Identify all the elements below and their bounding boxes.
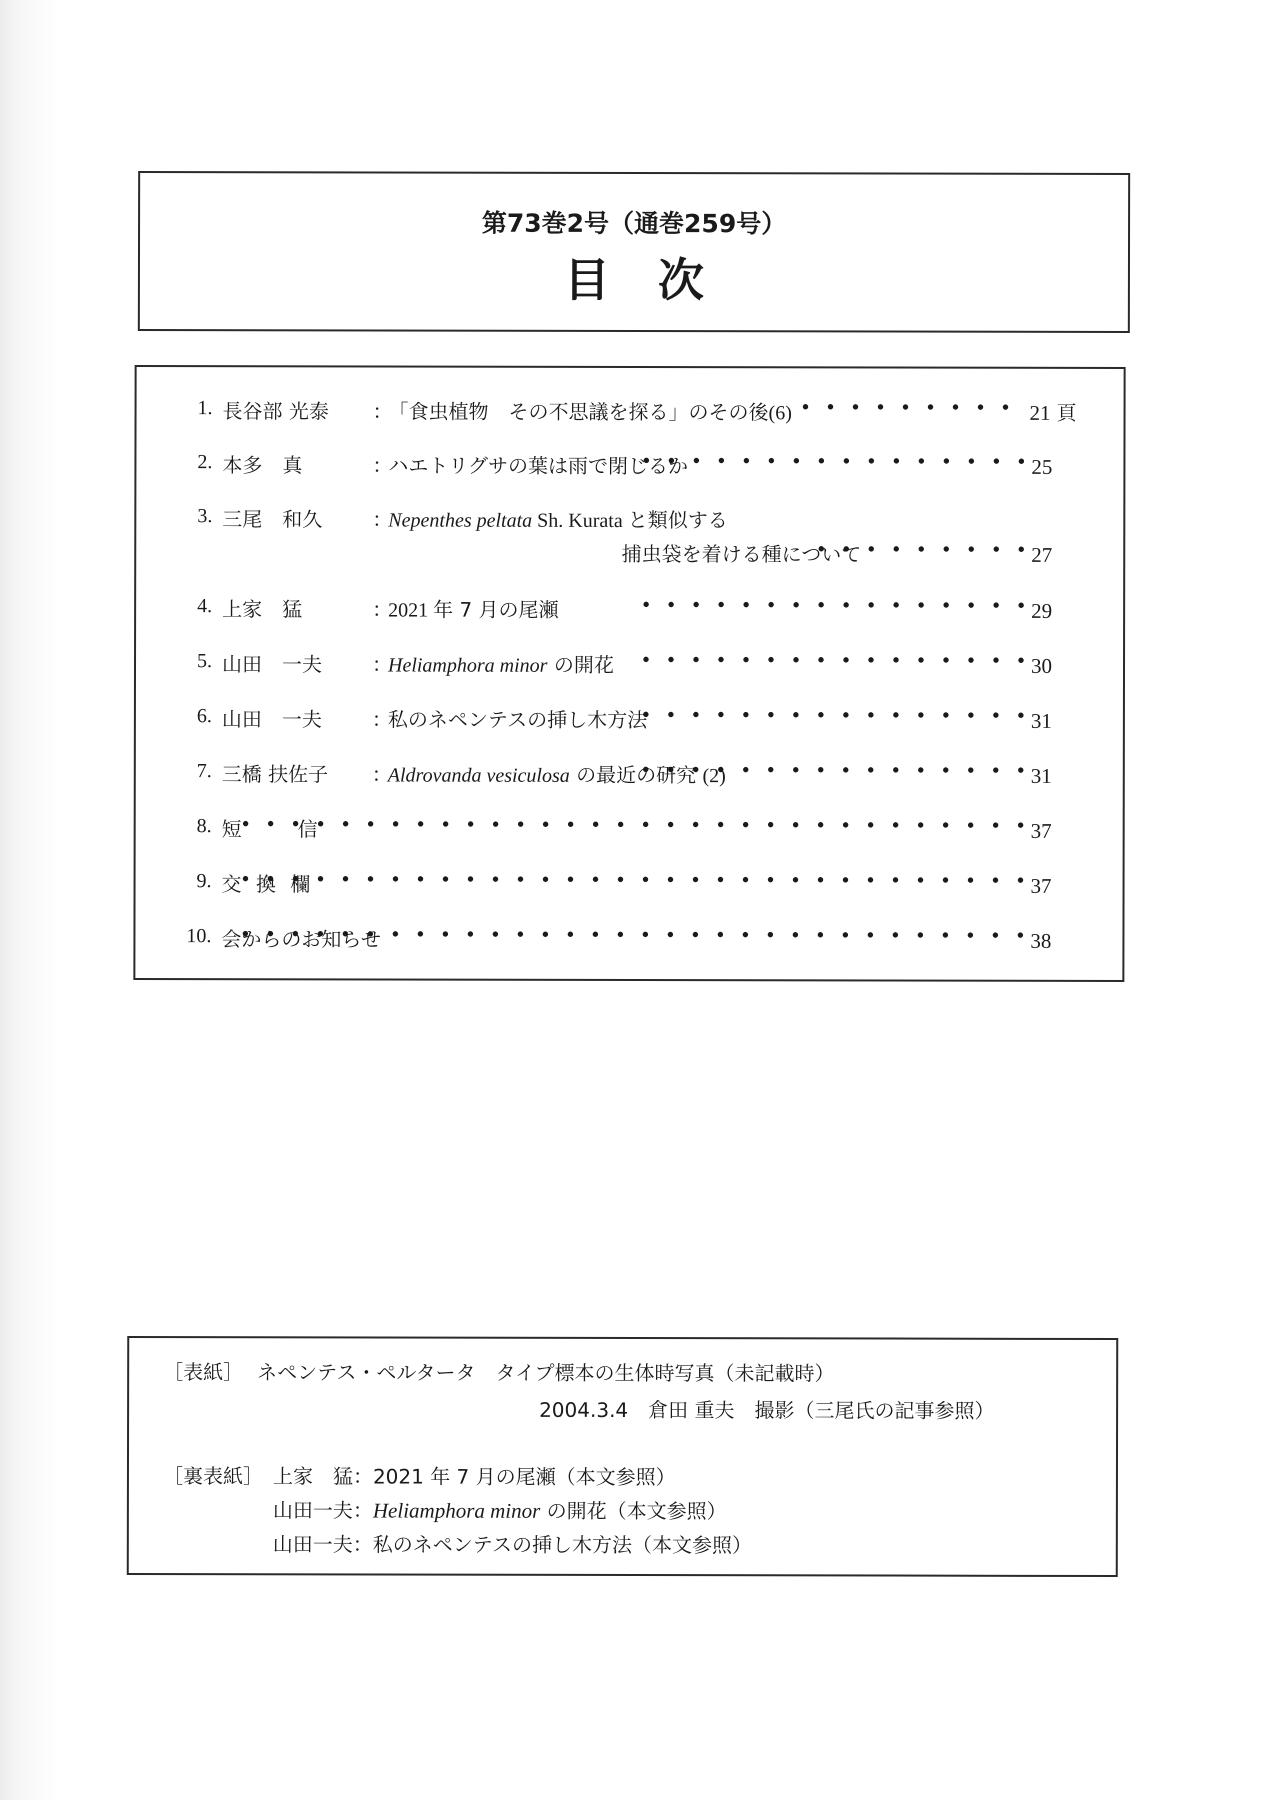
item-author: 三橋 扶佐子 — [222, 758, 328, 787]
title-italic: Nepenthes peltata — [388, 509, 532, 531]
item-title: 2021 年 7 月の尾瀬 — [388, 593, 559, 622]
title-text: と類似する — [628, 508, 728, 532]
back-cover-item-2: 山田一夫：Heliamphora minor の開花（本文参照） — [273, 1494, 727, 1524]
page-number: 38 — [1030, 929, 1051, 954]
back-cover-label: ［裏表紙］ — [163, 1460, 263, 1489]
item-author: 山田一夫： — [273, 1498, 373, 1522]
cover-credits: ［表紙］ ネペンテス・ペルタータ タイプ標本の生体時写真（未記載時） 2004.… — [127, 1336, 1118, 1577]
toc-item-9[interactable]: 9. 交 換 欄 • • • • • • • • • • • • • • • •… — [136, 866, 1123, 904]
page-number: 30 — [1031, 654, 1052, 679]
page-number: 31 — [1031, 709, 1052, 734]
back-cover-item-1: 上家 猛：2021 年 7 月の尾瀬（本文参照） — [273, 1460, 676, 1490]
leader-dots: • • • • • • • • • • • • • • • • • • • • … — [242, 868, 1031, 893]
page-number: 31 — [1031, 764, 1052, 789]
item-title: Heliamphora minor の開花 — [388, 648, 614, 677]
front-cover-credit: 2004.3.4 倉田 重夫 撮影（三尾氏の記事参照） — [539, 1394, 994, 1424]
item-text: 私のネペンテスの挿し木方法（本文参照） — [373, 1532, 752, 1557]
page-title: 目次 — [140, 243, 1128, 311]
leader-dots: • • • • • • • • • — [818, 538, 1032, 561]
item-author: 山田一夫： — [273, 1532, 373, 1556]
toc-item-4[interactable]: 4. 上家 猛 ： 2021 年 7 月の尾瀬 • • • • • • • • … — [136, 591, 1123, 629]
toc-item-3-line2[interactable]: 捕虫袋を着ける種について • • • • • • • • • 27 — [136, 535, 1123, 573]
item-text: の開花（本文参照） — [540, 1499, 726, 1523]
toc-item-7[interactable]: 7. 三橋 扶佐子 ： Aldrovanda vesiculosa の最近の研究… — [136, 756, 1123, 794]
back-cover-item-3: 山田一夫：私のネペンテスの挿し木方法（本文参照） — [273, 1528, 752, 1558]
leader-dots: • • • • • • • • • • • • • • • • • • • • … — [242, 813, 1031, 838]
item-author: 三尾 和久 — [222, 503, 322, 532]
item-number: 8. — [172, 815, 212, 838]
item-number: 9. — [172, 870, 212, 893]
title-italic: Aldrovanda vesiculosa — [388, 764, 570, 786]
toc-item-1[interactable]: 1. 長谷部 光泰 ： 「食虫植物 その不思議を探る」のその後(6) • • •… — [137, 393, 1124, 431]
leader-dots: • • • • • • • • • — [802, 396, 1016, 419]
toc-item-3[interactable]: 3. 三尾 和久 ： Nepenthes peltata Sh. Kurata … — [136, 501, 1123, 539]
toc-item-8[interactable]: 8. 短 信 • • • • • • • • • • • • • • • • •… — [136, 811, 1123, 849]
item-author: 山田 一夫 — [222, 703, 322, 732]
title-text: の開花 — [547, 653, 613, 677]
leader-dots: • • • • • • • • • • • • • • • • — [642, 759, 1031, 783]
item-number: 5. — [172, 650, 212, 673]
toc-item-2[interactable]: 2. 本多 真 ： ハエトリグサの葉は雨で閉じるか • • • • • • • … — [136, 447, 1123, 485]
item-number: 7. — [172, 760, 212, 783]
front-cover-label: ［表紙］ — [163, 1356, 243, 1385]
title-serif: 2021 — [388, 599, 433, 621]
item-number: 1. — [173, 397, 213, 420]
page-number: 29 — [1031, 599, 1052, 624]
item-number: 6. — [172, 705, 212, 728]
page-number: 21 — [1030, 401, 1051, 426]
item-italic: Heliamphora minor — [373, 1498, 540, 1522]
toc-item-5[interactable]: 5. 山田 一夫 ： Heliamphora minor の開花 • • • •… — [136, 646, 1123, 684]
leader-dots: • • • • • • • • • • • • • • • • — [643, 594, 1032, 618]
page-number: 37 — [1031, 819, 1052, 844]
item-number: 4. — [172, 595, 212, 618]
item-author: 上家 猛 — [222, 593, 302, 622]
item-title: Nepenthes peltata Sh. Kurata と類似する — [388, 503, 727, 533]
page-number: 27 — [1031, 543, 1052, 568]
issue-number: 第73巻2号（通巻259号） — [140, 203, 1128, 241]
title-text: 年 7 月の尾瀬 — [433, 598, 559, 622]
item-author: 山田 一夫 — [222, 648, 322, 677]
item-author: 長谷部 光泰 — [223, 395, 329, 424]
leader-dots: • • • • • • • • • • • • • • • • — [642, 704, 1031, 728]
toc-item-10[interactable]: 10. 会からのお知らせ • • • • • • • • • • • • • •… — [135, 921, 1122, 959]
item-title: 「食虫植物 その不思議を探る」のその後(6) — [389, 395, 792, 425]
table-of-contents: 1. 長谷部 光泰 ： 「食虫植物 その不思議を探る」のその後(6) • • •… — [133, 365, 1125, 982]
leader-dots: • • • • • • • • • • • • • • • • • • • • … — [242, 923, 1031, 948]
item-number: 10. — [171, 925, 211, 948]
leader-dots: • • • • • • • • • • • • • • • • — [642, 649, 1031, 673]
title-italic: Heliamphora minor — [388, 654, 547, 676]
page-number: 25 — [1031, 455, 1052, 480]
item-author: 上家 猛： — [273, 1464, 373, 1488]
page-unit: 頁 — [1057, 397, 1077, 426]
item-title: 私のネペンテスの挿し木方法 — [388, 703, 647, 733]
item-number: 3. — [172, 505, 212, 528]
item-number: 2. — [172, 451, 212, 474]
title-serif: Sh. Kurata — [532, 510, 628, 532]
item-text: 2021 年 7 月の尾瀬（本文参照） — [373, 1464, 676, 1489]
toc-item-6[interactable]: 6. 山田 一夫 ： 私のネペンテスの挿し木方法 • • • • • • • •… — [136, 701, 1123, 739]
front-cover-description: ネペンテス・ペルタータ タイプ標本の生体時写真（未記載時） — [257, 1356, 834, 1386]
title-text: 「食虫植物 その不思議を探る」のその後 — [389, 399, 769, 424]
leader-dots: • • • • • • • • • • • • • • • • — [643, 450, 1032, 474]
item-author: 本多 真 — [222, 449, 302, 478]
page-number: 37 — [1031, 874, 1052, 899]
title-suffix: (6) — [769, 402, 792, 424]
title-box: 第73巻2号（通巻259号） 目次 — [138, 171, 1130, 333]
